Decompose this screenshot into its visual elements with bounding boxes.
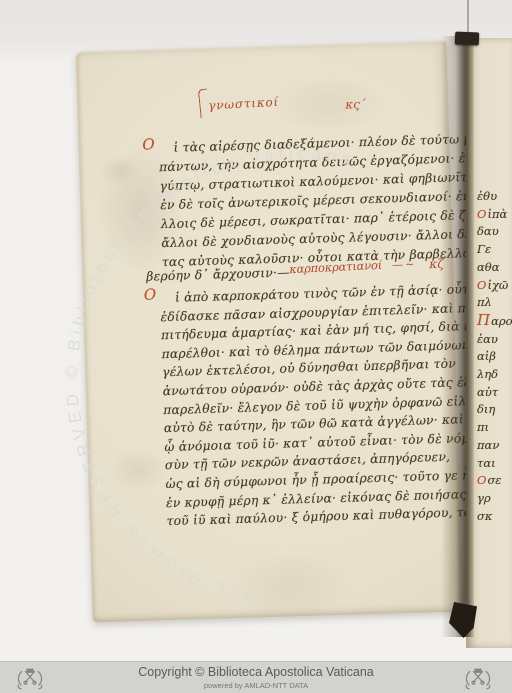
facing-page-line: Οἰχῶ bbox=[477, 277, 512, 295]
rubric-initial: Ο bbox=[477, 473, 486, 487]
facing-page-line: Παρο bbox=[477, 312, 512, 331]
paragraph-1-lines: ἱ τὰς αἱρέσῃς διαδεξάμενοι· πλέον δὲ τού… bbox=[158, 128, 512, 272]
manuscript-page: γνωστικοί κς΄ Ο ἱ τὰς αἱρέσῃς διαδεξάμεν… bbox=[76, 41, 464, 623]
facing-page-text: αθα bbox=[477, 260, 499, 274]
chapter-number-26: κς΄ bbox=[345, 97, 366, 112]
bookmark-clasp bbox=[455, 32, 479, 46]
viewer-canvas: γνωστικοί κς΄ Ο ἱ τὰς αἱρέσῃς διαδεξάμεν… bbox=[0, 0, 512, 693]
facing-page-line: Οἰπὰ bbox=[477, 206, 512, 224]
chapter-heading-gnostics: γνωστικοί bbox=[208, 95, 279, 113]
vatican-library-emblem-icon bbox=[459, 664, 497, 691]
facing-page-text: σκ bbox=[477, 509, 492, 523]
facing-page-text: σε bbox=[487, 473, 501, 487]
facing-page-line: γρ bbox=[477, 490, 512, 508]
facing-page-line: Γε bbox=[477, 241, 512, 259]
powered-by-text: powered by AMLAD-NTT DATA bbox=[0, 681, 512, 690]
bookmark-string bbox=[467, 0, 469, 34]
rubric-initial: Π bbox=[477, 311, 490, 329]
facing-page-line: Οσε bbox=[477, 472, 512, 490]
facing-page-text: πλ bbox=[477, 295, 492, 309]
facing-page-text: ἐθυ bbox=[477, 189, 497, 203]
rubric-initial: Ο bbox=[142, 135, 155, 153]
facing-page-line: δαυ bbox=[477, 223, 512, 241]
facing-page-line: ται bbox=[477, 455, 512, 473]
facing-page-text: Γε bbox=[477, 242, 491, 256]
facing-page-text: ἑαυ bbox=[477, 332, 498, 346]
facing-page-line: πλ bbox=[477, 294, 512, 312]
footer-bar: Copyright © Biblioteca Apostolica Vatica… bbox=[0, 661, 512, 693]
facing-page-text: αρο bbox=[491, 314, 512, 328]
facing-page-text: γρ bbox=[477, 491, 491, 505]
rubric-initial: Ο bbox=[477, 278, 486, 292]
facing-page-text: διη bbox=[477, 402, 495, 416]
chapter-number-27: κζ bbox=[429, 256, 444, 271]
rubric-separator: —~ bbox=[392, 258, 417, 272]
facing-page-line: ἐθυ bbox=[477, 188, 512, 206]
facing-page-line: αὐτ bbox=[477, 384, 512, 402]
paragraph-2-lines: ἱ ἀπὸ καρποκράτου τινὸς τῶν ἐν τῇ ἀσίᾳ· … bbox=[160, 279, 512, 531]
facing-page-line: διη bbox=[477, 401, 512, 419]
paragraph-1-closing-line: βερόην δ᾽ ἄρχουσιν·— bbox=[146, 265, 290, 283]
facing-page-line: παν bbox=[477, 437, 512, 455]
facing-page-text: ἰχῶ bbox=[487, 278, 508, 292]
manuscript-text-layer: γνωστικοί κς΄ Ο ἱ τὰς αἱρέσῃς διαδεξάμεν… bbox=[76, 41, 464, 623]
facing-page-text: παν bbox=[477, 438, 499, 452]
facing-page-text: ληδ bbox=[477, 367, 498, 381]
facing-page-text: πι bbox=[477, 420, 489, 434]
facing-page-edge: ἐθυΟἰπὰδαυΓεαθαΟἰχῶπλΠαροἑαυαἰβληδαὐτδιη… bbox=[466, 38, 512, 648]
facing-page-line: σκ bbox=[477, 508, 512, 526]
facing-page-snippets: ἐθυΟἰπὰδαυΓεαθαΟἰχῶπλΠαροἑαυαἰβληδαὐτδιη… bbox=[477, 188, 512, 525]
facing-page-text: αἰβ bbox=[477, 349, 496, 363]
facing-page-text: ἰπὰ bbox=[487, 207, 507, 221]
copyright-text: Copyright © Biblioteca Apostolica Vatica… bbox=[0, 665, 512, 679]
facing-page-line: ληδ bbox=[477, 366, 512, 384]
facing-page-line: ἑαυ bbox=[477, 331, 512, 349]
chapter-heading-carpocratians: καρποκρατιανοί bbox=[289, 258, 382, 276]
facing-page-line: αἰβ bbox=[477, 348, 512, 366]
facing-page-text: αὐτ bbox=[477, 385, 498, 399]
facing-page-text: ται bbox=[477, 456, 496, 470]
facing-page-line: πι bbox=[477, 419, 512, 437]
facing-page-text: δαυ bbox=[477, 224, 499, 238]
facing-page-line: αθα bbox=[477, 259, 512, 277]
rubric-initial: Ο bbox=[144, 285, 157, 303]
rubric-initial: Ο bbox=[477, 207, 486, 221]
